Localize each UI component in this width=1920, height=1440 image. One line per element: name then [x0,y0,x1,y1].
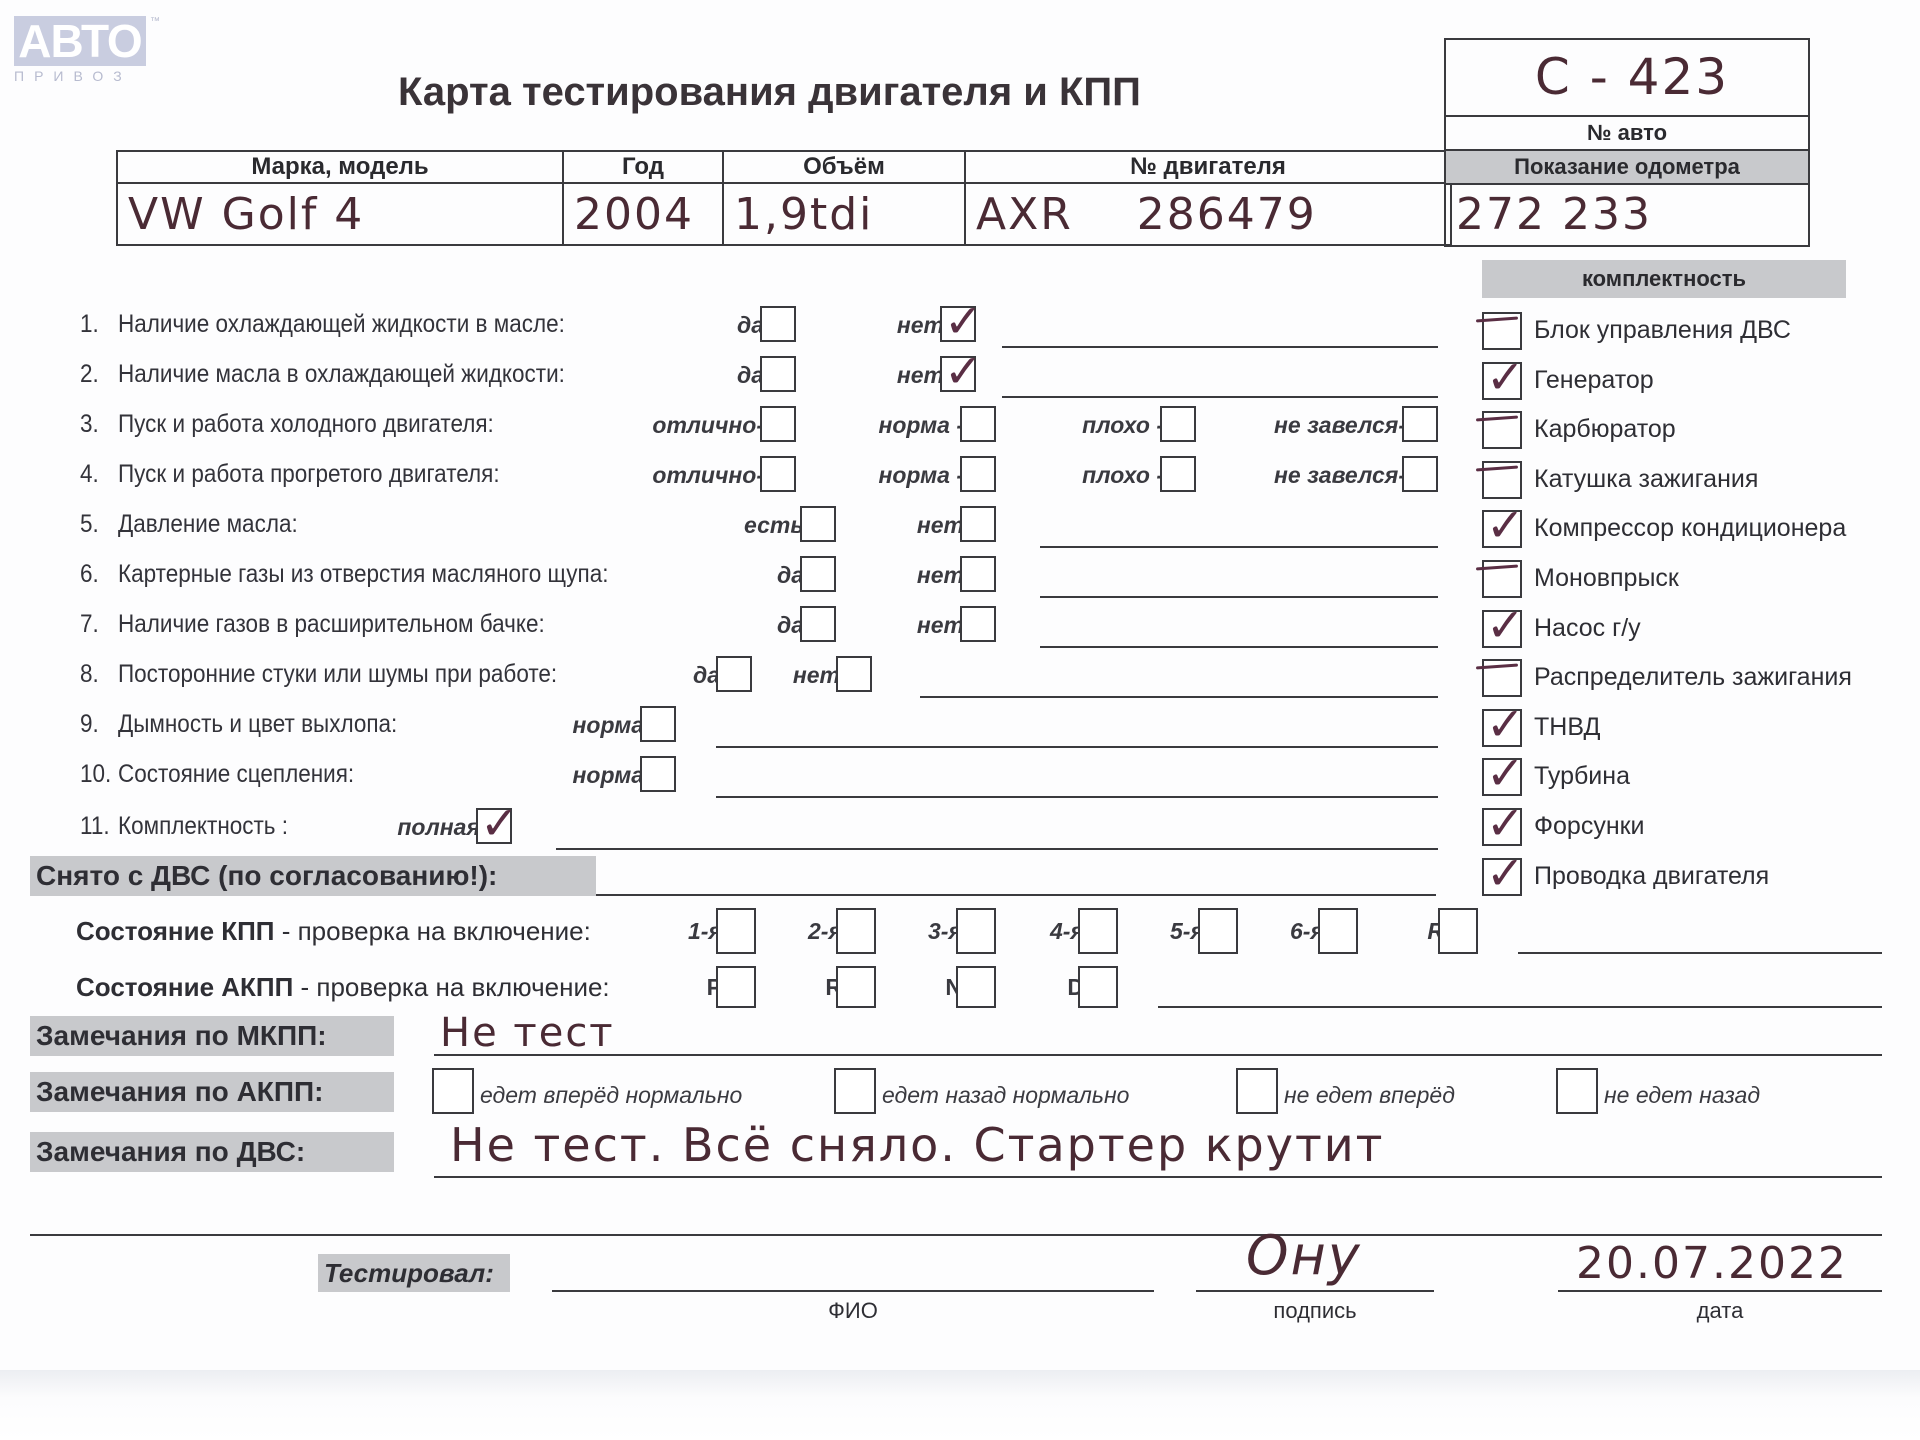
dvs-remarks-value[interactable]: Не тест. Всё сняло. Стартер крутит [440,1118,1384,1172]
tested-by-label: Тестировал: [318,1254,510,1292]
completeness-item-label: Турбина [1534,762,1630,791]
question-number: 6. [80,560,99,589]
option-checkbox[interactable] [800,556,836,592]
date-label: дата [1558,1298,1882,1324]
option-checkbox[interactable] [716,656,752,692]
logo: АВТО [14,16,146,66]
completeness-item-label: Насос г/у [1534,614,1641,643]
gear-checkbox[interactable] [1198,908,1238,954]
year-field[interactable]: 2004 [564,189,694,240]
option-label: плохо - [1082,462,1164,489]
completeness-checkbox[interactable] [1482,858,1522,896]
option-checkbox[interactable] [640,756,676,792]
question-notes-field[interactable] [1002,396,1438,398]
option-checkbox[interactable] [836,656,872,692]
gear-checkbox[interactable] [1078,908,1118,954]
mkpp-remarks-label: Замечания по МКПП: [30,1016,394,1056]
question-number: 4. [80,460,99,489]
page-title: Карта тестирования двигателя и КПП [398,70,1141,115]
akpp-remark-label: не едет назад [1604,1082,1760,1109]
date-value[interactable]: 20.07.2022 [1566,1238,1848,1289]
completeness-item-label: Генератор [1534,366,1654,395]
completeness-item-label: Катушка зажигания [1534,465,1758,494]
akpp-remark-checkbox[interactable] [432,1068,474,1114]
option-checkbox[interactable] [960,406,996,442]
question-text: Наличие масла в охлаждающей жидкости: [118,360,565,389]
scan-bottom-edge [0,1370,1920,1440]
gear-checkbox[interactable] [716,908,756,954]
col-engine-number: № двигателя [965,151,1451,183]
fio-label: ФИО [552,1298,1154,1324]
option-label: нет [917,562,964,589]
question-notes-field[interactable] [920,696,1438,698]
engine-number-field[interactable]: AXR 286479 [966,189,1317,240]
akpp-mode-checkbox[interactable] [1078,966,1118,1008]
option-checkbox[interactable] [1402,406,1438,442]
akpp-notes-field[interactable] [1158,1006,1882,1008]
kpp-notes-field[interactable] [1518,952,1882,954]
completeness-checkbox[interactable] [1482,362,1522,400]
question-text: Пуск и работа холодного двигателя: [118,410,494,439]
option-checkbox[interactable] [760,306,796,342]
option-label: нет [793,662,840,689]
odometer-field[interactable]: 272 233 [1446,185,1808,245]
question-text: Давление масла: [118,510,298,539]
option-checkbox[interactable] [800,606,836,642]
option-checkbox[interactable] [1160,406,1196,442]
option-label: не завелся- [1274,462,1406,489]
option-checkbox[interactable] [760,406,796,442]
completeness-checkbox[interactable] [1482,312,1522,350]
question-number: 8. [80,660,99,689]
option-label: не завелся- [1274,412,1406,439]
option-checkbox[interactable] [960,556,996,592]
question-number: 3. [80,410,99,439]
question-notes-field[interactable] [1040,646,1438,648]
removed-field[interactable] [596,894,1436,896]
question-number: 5. [80,510,99,539]
option-checkbox[interactable] [960,456,996,492]
completeness-checkbox[interactable] [1482,758,1522,796]
completeness-item-label: Компрессор кондиционера [1534,514,1846,543]
gear-checkbox[interactable] [1438,908,1478,954]
completeness-checkbox[interactable] [1482,510,1522,548]
akpp-remark-label: не едет вперёд [1284,1082,1455,1109]
akpp-remark-checkbox[interactable] [1556,1068,1598,1114]
option-checkbox[interactable] [960,606,996,642]
option-label: нет [917,512,964,539]
gear-checkbox[interactable] [956,908,996,954]
akpp-mode-checkbox[interactable] [956,966,996,1008]
option-label: полная [397,814,480,841]
option-checkbox[interactable] [1160,456,1196,492]
gear-checkbox[interactable] [836,908,876,954]
option-checkbox[interactable] [640,706,676,742]
completeness-item-label: Моновпрыск [1534,564,1679,593]
question-number: 11. [80,812,110,841]
date-field [1558,1290,1882,1292]
question-text: Пуск и работа прогретого двигателя: [118,460,500,489]
question-number: 9. [80,710,99,739]
completeness-checkbox[interactable] [1482,709,1522,747]
logo-tm: ™ [150,16,160,27]
option-label: норма [573,712,645,739]
option-label: отлично- [652,462,764,489]
question-notes-field[interactable] [716,746,1438,748]
option-label: норма [573,762,645,789]
completeness-checkbox[interactable] [1482,610,1522,648]
question-text: Наличие охлаждающей жидкости в масле: [118,310,565,339]
question-notes-field[interactable] [716,796,1438,798]
question-number: 1. [80,310,99,339]
akpp-remarks-label: Замечания по АКПП: [30,1072,394,1112]
akpp-label: Состояние АКПП - проверка на включение: [76,972,610,1003]
option-checkbox[interactable] [760,456,796,492]
volume-field[interactable]: 1,9tdi [724,189,873,240]
completeness-item-label: Форсунки [1534,812,1645,841]
mkpp-remarks-line [434,1054,1882,1056]
option-label: нет [897,312,944,339]
completeness-header: комплектность [1482,260,1846,298]
completeness-checkbox[interactable] [1482,560,1522,598]
auto-number-label: № авто [1446,117,1808,149]
completeness-item-label: ТНВД [1534,713,1600,742]
option-label: норма - [878,412,964,439]
completeness-item-label: Проводка двигателя [1534,862,1769,891]
dvs-remarks-line [434,1176,1882,1178]
col-year: Год [563,151,723,183]
completeness-item-label: Карбюратор [1534,415,1676,444]
col-make-model: Марка, модель [117,151,563,183]
question-text: Картерные газы из отверстия масляного щу… [118,560,608,589]
logo-subtitle: ПРИВОЗ [14,68,132,84]
signature-field [1196,1290,1434,1292]
option-checkbox[interactable] [940,356,976,392]
completeness-checkbox[interactable] [1482,411,1522,449]
question-text: Комплектность : [118,812,288,841]
question-notes-field[interactable] [556,848,1438,850]
option-label: норма - [878,462,964,489]
option-label: нет [917,612,964,639]
akpp-remark-checkbox[interactable] [834,1068,876,1114]
fio-field[interactable] [552,1290,1154,1292]
akpp-mode-checkbox[interactable] [836,966,876,1008]
completeness-item-label: Распределитель зажигания [1534,663,1852,692]
signature-label: подпись [1196,1298,1434,1324]
kpp-label: Состояние КПП - проверка на включение: [76,916,591,947]
question-text: Наличие газов в расширительном бачке: [118,610,545,639]
dvs-remarks-label: Замечания по ДВС: [30,1132,394,1172]
question-notes-field[interactable] [1002,346,1438,348]
option-checkbox[interactable] [940,306,976,342]
option-label: плохо - [1082,412,1164,439]
question-text: Дымность и цвет выхлопа: [118,710,397,739]
mkpp-remarks-value[interactable]: Не тест [430,1010,615,1056]
signature-value[interactable]: Ону [1236,1224,1362,1287]
option-checkbox[interactable] [960,506,996,542]
question-text: Посторонние стуки или шумы при работе: [118,660,557,689]
gear-checkbox[interactable] [1318,908,1358,954]
akpp-remark-label: едет вперёд нормально [480,1082,742,1109]
completeness-checkbox[interactable] [1482,659,1522,697]
option-checkbox[interactable] [760,356,796,392]
option-checkbox[interactable] [476,808,512,844]
completeness-item-label: Блок управления ДВС [1534,316,1791,345]
question-number: 10. [80,760,111,789]
option-label: нет [897,362,944,389]
question-number: 7. [80,610,99,639]
question-text: Состояние сцепления: [118,760,354,789]
auto-number-box: C - 423 № авто Показание одометра 272 23… [1444,38,1810,247]
make-model-field[interactable]: VW Golf 4 [118,189,364,240]
vehicle-info-table: Марка, модель Год Объём № двигателя VW G… [116,150,1452,246]
removed-label: Снято с ДВС (по согласованию!): [30,856,596,896]
auto-number-field[interactable]: C - 423 [1446,40,1808,117]
option-checkbox[interactable] [1402,456,1438,492]
akpp-mode-checkbox[interactable] [716,966,756,1008]
option-label: отлично- [652,412,764,439]
col-volume: Объём [723,151,965,183]
completeness-checkbox[interactable] [1482,461,1522,499]
question-notes-field[interactable] [1040,546,1438,548]
separator-line [30,1234,1882,1236]
akpp-remark-label: едет назад нормально [882,1082,1129,1109]
option-label: есть [744,512,804,539]
odometer-label: Показание одометра [1446,149,1808,185]
question-number: 2. [80,360,99,389]
akpp-remark-checkbox[interactable] [1236,1068,1278,1114]
option-checkbox[interactable] [800,506,836,542]
completeness-checkbox[interactable] [1482,808,1522,846]
question-notes-field[interactable] [1040,596,1438,598]
